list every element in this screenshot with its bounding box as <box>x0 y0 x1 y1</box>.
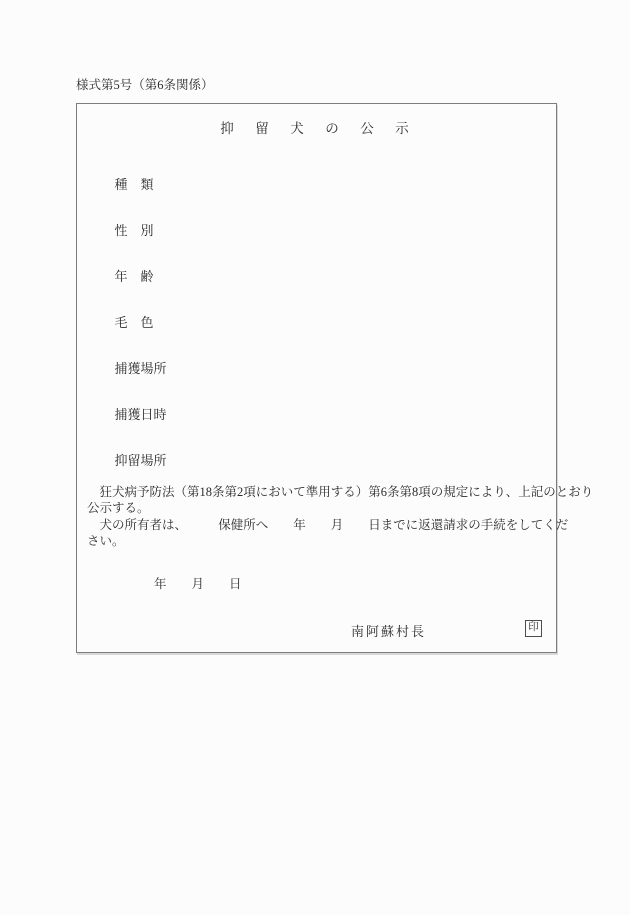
notice-line: さい。 <box>87 533 550 549</box>
field-label-capture-location: 捕獲場所 <box>115 361 167 376</box>
field-value-type-blank <box>115 192 415 206</box>
signature-title: 南阿蘇村長 <box>351 621 426 640</box>
form-box: 抑 留 犬 の 公 示 種 類 性 別 年 齢 毛 色 捕獲場所 捕獲日時 抑留… <box>76 103 557 653</box>
field-value-impound-location-blank <box>115 468 415 482</box>
document-page: 様式第5号（第6条関係） 抑 留 犬 の 公 示 種 類 性 別 年 齢 毛 色… <box>0 0 630 915</box>
field-value-sex-blank <box>115 238 415 252</box>
form-number-label: 様式第5号（第6条関係） <box>76 75 214 93</box>
field-value-capture-location-blank <box>115 376 415 390</box>
field-value-coat-color-blank <box>115 330 415 344</box>
field-label-coat-color: 毛 色 <box>115 315 154 330</box>
field-label-sex: 性 別 <box>115 223 154 238</box>
field-value-capture-datetime-blank <box>115 422 415 436</box>
field-label-age: 年 齢 <box>115 269 154 284</box>
seal-label: 印 <box>528 623 539 634</box>
field-label-capture-datetime: 捕獲日時 <box>115 407 167 422</box>
seal-box: 印 <box>525 620 542 637</box>
legal-notice-text: 狂犬病予防法（第18条第2項において準用する）第6条第8項の規定により、上記のと… <box>87 484 550 550</box>
date-line: 年 月 日 <box>154 574 242 592</box>
form-title: 抑 留 犬 の 公 示 <box>77 117 556 137</box>
notice-line: 犬の所有者は、 保健所へ 年 月 日までに返還請求の手続をしてくだ <box>87 517 550 533</box>
notice-line: 公示する。 <box>87 500 550 516</box>
notice-line: 狂犬病予防法（第18条第2項において準用する）第6条第8項の規定により、上記のと… <box>87 484 550 500</box>
field-value-age-blank <box>115 284 415 298</box>
field-label-type: 種 類 <box>115 177 154 192</box>
field-label-impound-location: 抑留場所 <box>115 453 167 468</box>
